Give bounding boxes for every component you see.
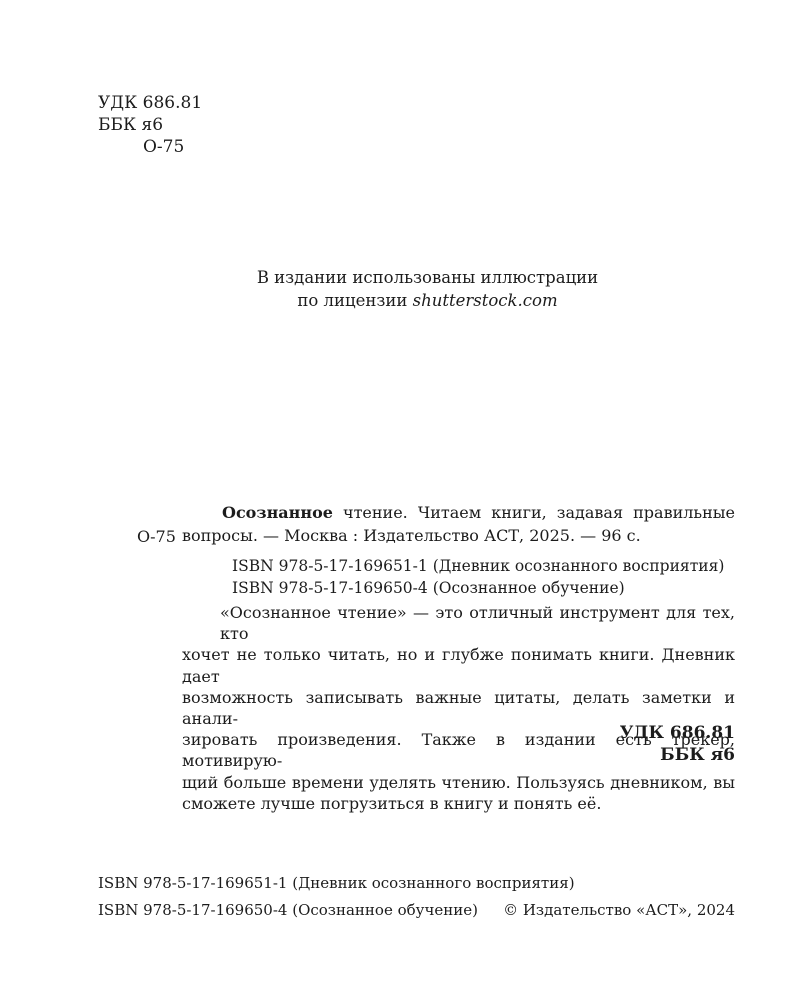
udk-code-top: УДК 686.81 bbox=[98, 92, 202, 114]
annotation-line: сможете лучше погрузиться в книгу и поня… bbox=[182, 793, 735, 814]
illustration-credit-line2: по лицензии shutterstock.com bbox=[120, 289, 735, 312]
record-line1-rest: чтение. Читаем книги, задавая правильные bbox=[333, 503, 735, 522]
annotation-paragraph: «Осознанное чтение» — это отличный инстр… bbox=[182, 602, 735, 814]
copyright-notice: © Издательство «АСТ», 2024 bbox=[503, 901, 735, 919]
footer-block: ISBN 978-5-17-169651-1 (Дневник осознанн… bbox=[98, 874, 735, 919]
author-sign-top: О-75 bbox=[98, 136, 202, 158]
record-line1: Осознанное чтение. Читаем книги, задавая… bbox=[182, 501, 735, 524]
top-classification-block: УДК 686.81 ББК я6 О-75 bbox=[98, 92, 202, 158]
license-source: shutterstock.com bbox=[413, 291, 558, 310]
footer-isbn-2: ISBN 978-5-17-169650-4 (Осознанное обуче… bbox=[98, 901, 478, 919]
udk-code-bottom: УДК 686.81 bbox=[620, 722, 735, 744]
book-title: Осознанное bbox=[222, 503, 333, 522]
isbn-line-2: ISBN 978-5-17-169650-4 (Осознанное обуче… bbox=[232, 578, 724, 600]
catalog-record: О-75 Осознанное чтение. Читаем книги, за… bbox=[182, 501, 735, 547]
classification-codes-right: УДК 686.81 ББК я6 bbox=[620, 722, 735, 766]
annotation-line: «Осознанное чтение» — это отличный инстр… bbox=[182, 602, 735, 644]
annotation-line: хочет не только читать, но и глубже пони… bbox=[182, 644, 735, 686]
isbn-line-1: ISBN 978-5-17-169651-1 (Дневник осознанн… bbox=[232, 556, 724, 578]
bbk-code-top: ББК я6 bbox=[98, 114, 202, 136]
footer-isbn-1: ISBN 978-5-17-169651-1 (Дневник осознанн… bbox=[98, 874, 735, 892]
author-sign-record: О-75 bbox=[137, 525, 176, 548]
illustration-credit: В издании использованы иллюстрации по ли… bbox=[120, 266, 735, 312]
record-line2: вопросы. — Москва : Издательство АСТ, 20… bbox=[182, 524, 735, 547]
illustration-credit-line1: В издании использованы иллюстрации bbox=[120, 266, 735, 289]
annotation-line: щий больше времени уделять чтению. Польз… bbox=[182, 772, 735, 793]
license-text: по лицензии bbox=[297, 291, 412, 310]
isbn-block: ISBN 978-5-17-169651-1 (Дневник осознанн… bbox=[232, 556, 724, 599]
footer-row: ISBN 978-5-17-169650-4 (Осознанное обуче… bbox=[98, 901, 735, 919]
bbk-code-bottom: ББК я6 bbox=[620, 744, 735, 766]
copyright-page: УДК 686.81 ББК я6 О-75 В издании использ… bbox=[0, 0, 800, 1000]
